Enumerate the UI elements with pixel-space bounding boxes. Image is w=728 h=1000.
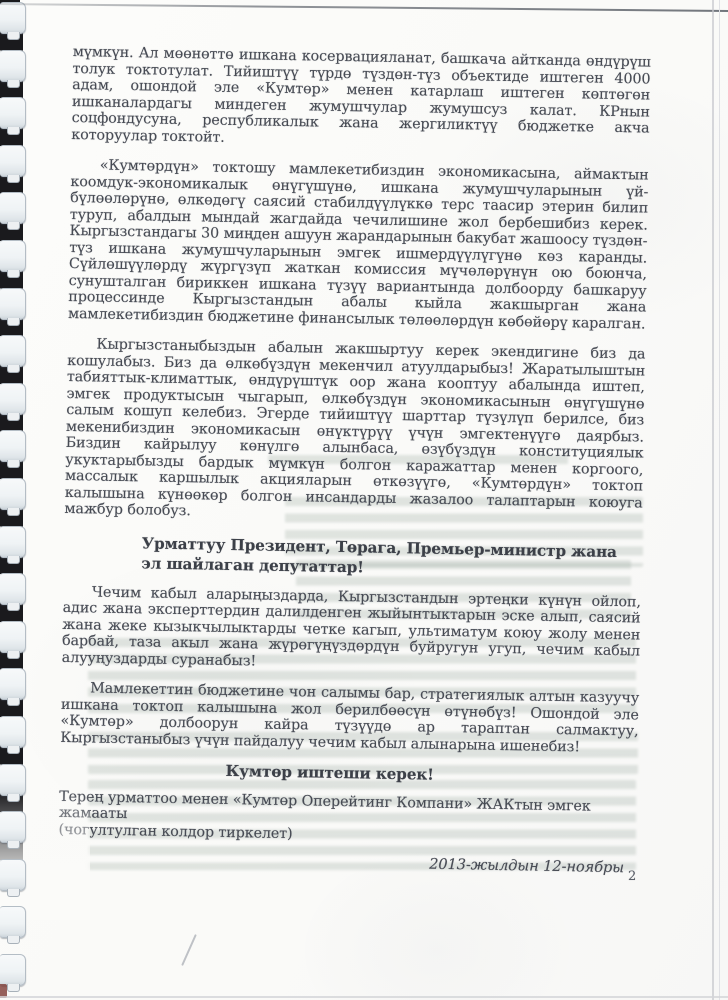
page-right-edge — [712, 0, 714, 1000]
binding-tooth — [0, 192, 26, 224]
binding-tooth — [0, 811, 26, 843]
paragraph: Кыргызстаныбыздын абалын жакшыртуу керек… — [64, 336, 645, 528]
binding-tooth — [0, 478, 26, 510]
binding-strip — [0, 0, 90, 1000]
binding-tooth — [0, 573, 26, 605]
binding-tooth — [0, 50, 26, 82]
paragraph: Мамлекеттин бюджетине чон салымы бар, ст… — [60, 680, 639, 757]
binding-tooth — [0, 97, 26, 129]
binding-tooth — [0, 764, 26, 796]
scan-scratch-artifact — [181, 934, 197, 966]
slogan-heading: Кумтөр иштеши керек! — [60, 760, 600, 786]
page-bottom-edge — [0, 996, 728, 998]
binding-tooth — [0, 859, 26, 891]
binding-tooth — [0, 335, 26, 367]
address-heading: Урматтуу Президент, Төрага, Премьер-мини… — [63, 531, 642, 582]
paragraph-continuation: мүмкүн. Ал мөөнөттө ишкана косервациялан… — [71, 44, 651, 154]
binding-tooth — [0, 526, 26, 558]
binding-tooth — [0, 383, 26, 415]
closing-line2: (чогултулган колдор тиркелет) — [58, 821, 292, 841]
paragraph: Чечим кабыл аларыңыздарда, Кыргызстандын… — [62, 583, 641, 676]
binding-tooth — [0, 430, 26, 462]
scanned-page: мүмкүн. Ал мөөнөттө ишкана косервациялан… — [0, 0, 728, 1000]
page-number: 2 — [628, 869, 636, 884]
page-right-edge-light — [719, 0, 720, 1000]
binding-tooth — [0, 621, 26, 653]
binding-tooth — [0, 668, 26, 700]
binding-tooth — [0, 2, 26, 34]
binding-tooth — [0, 906, 26, 938]
binding-fade — [0, 790, 90, 920]
binding-tooth — [0, 240, 26, 272]
binding-tooth — [0, 954, 26, 986]
binding-tooth — [0, 288, 26, 320]
binding-tooth — [0, 145, 26, 177]
closing-line1: Терең урматтоо менен «Кумтөр Оперейтинг … — [59, 788, 591, 822]
date-line: 2013-жылдын 12-ноябры — [58, 850, 636, 877]
document-text: мүмкүн. Ал мөөнөттө ишкана косервациялан… — [58, 44, 651, 877]
binding-tooth — [0, 716, 26, 748]
paragraph: «Кумтөрдүн» токтошу мамлекетибиздин экон… — [68, 157, 649, 333]
page-top-edge — [0, 3, 728, 12]
closing-lines: Терең урматтоо менен «Кумтөр Оперейтинг … — [58, 788, 637, 848]
